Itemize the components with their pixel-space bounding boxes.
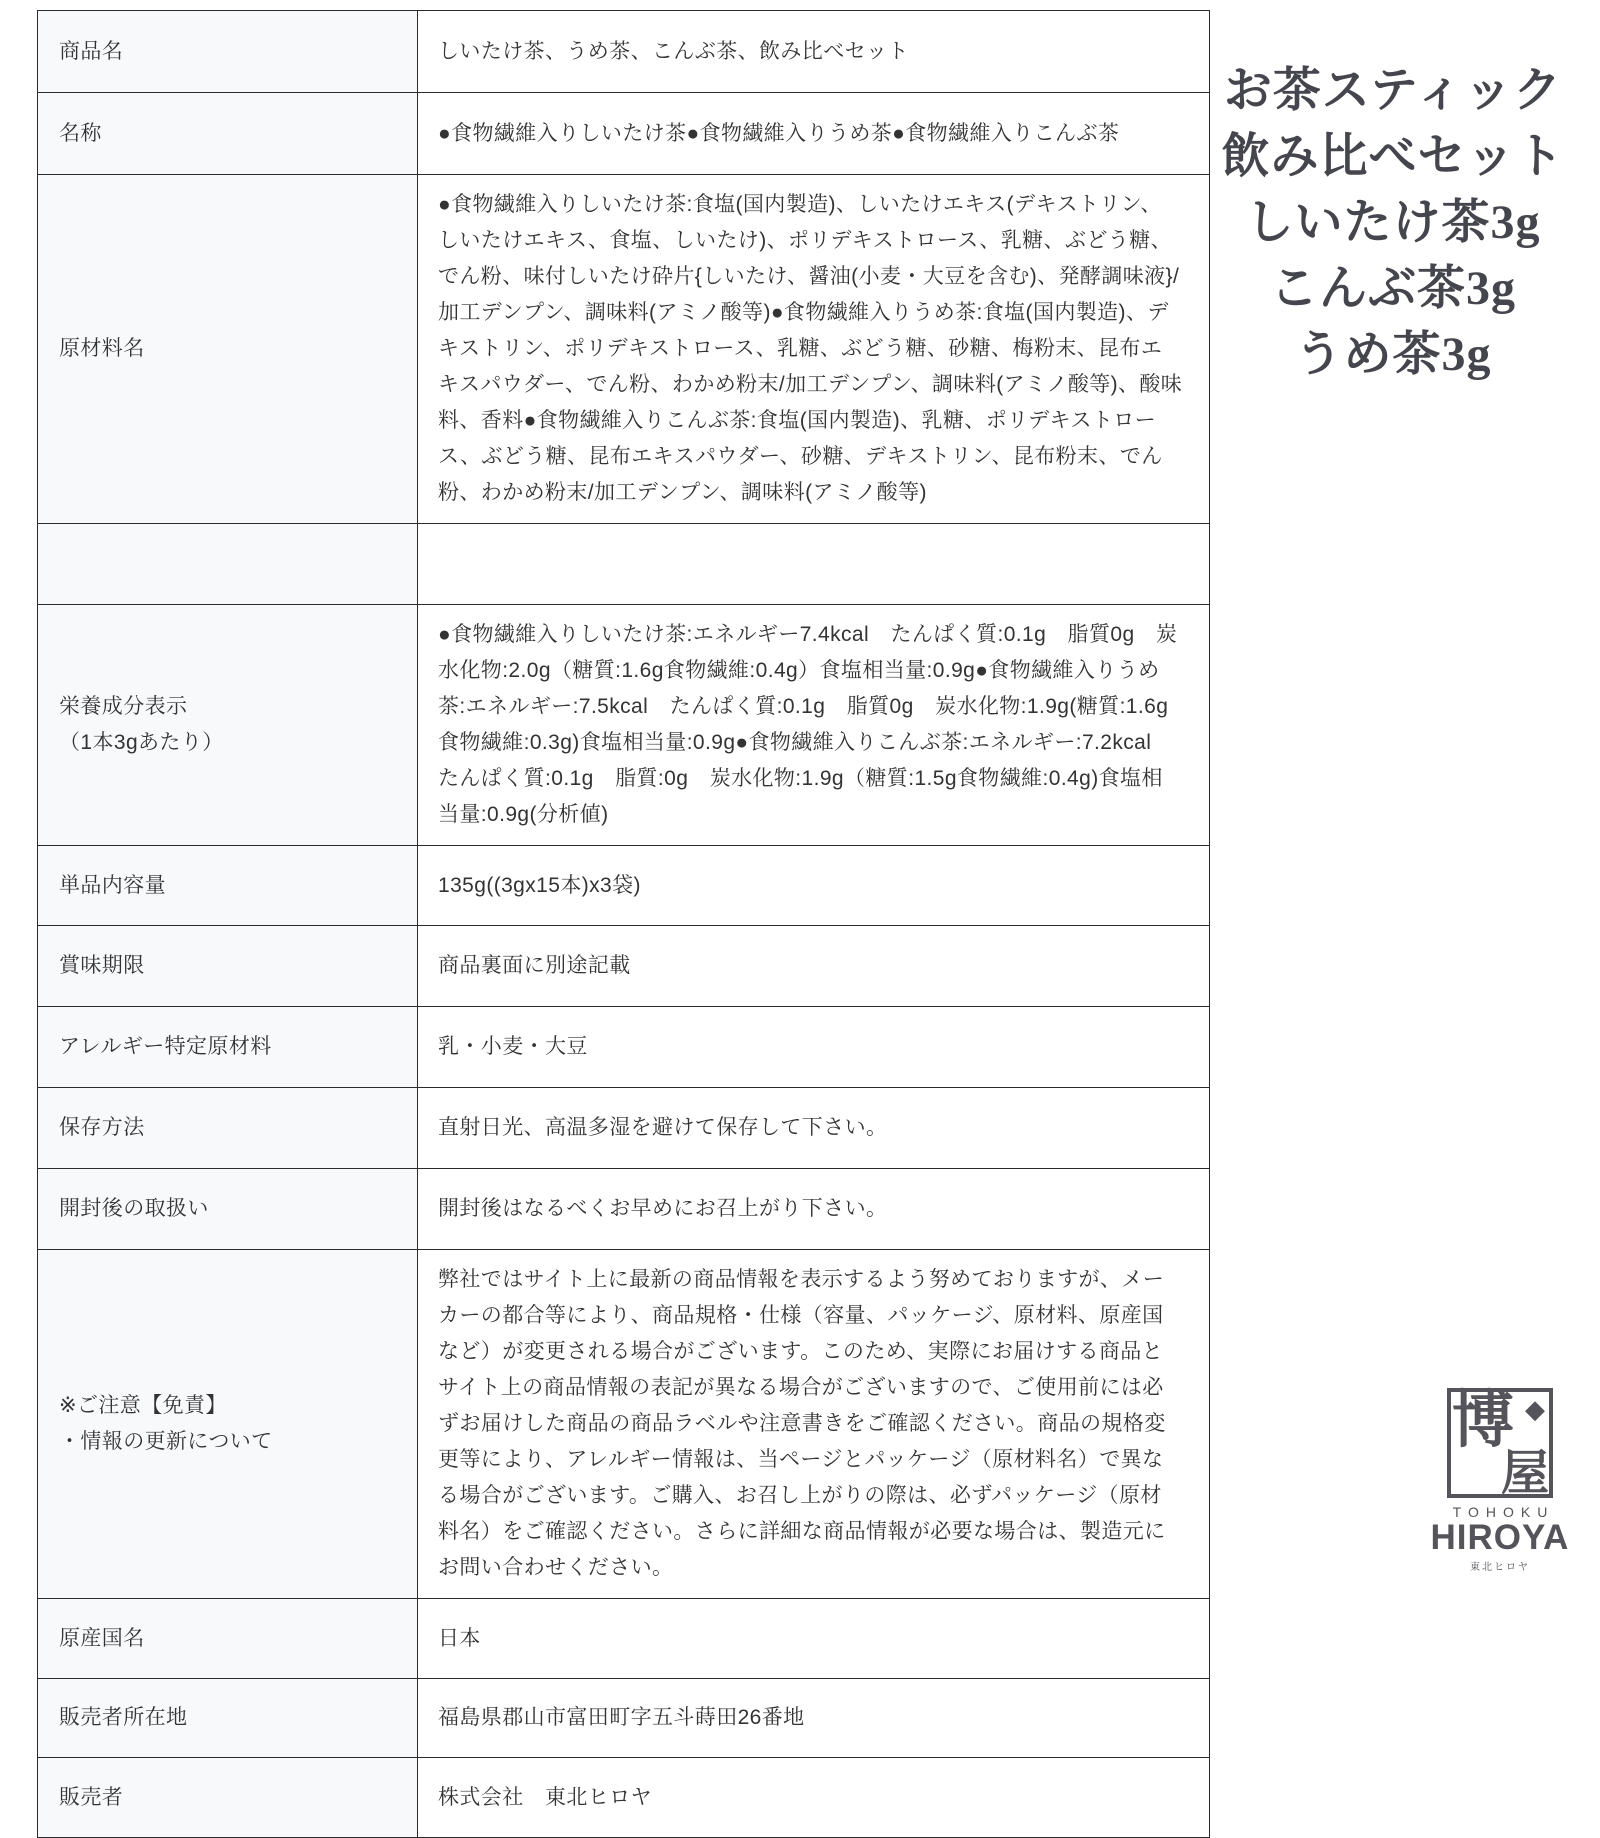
row-value: 135g((3gx15本)x3袋) (418, 846, 1210, 926)
row-label: ※ご注意【免責】 ・情報の更新について (38, 1250, 418, 1599)
row-label: 商品名 (38, 11, 418, 93)
row-label: 賞味期限 (38, 926, 418, 1007)
table-row: 単品内容量 135g((3gx15本)x3袋) (38, 846, 1210, 926)
table-row: 商品名 しいたけ茶、うめ茶、こんぶ茶、飲み比べセット (38, 11, 1210, 93)
hiroya-logo-mark-icon: 博 ◆ 屋 (1447, 1388, 1553, 1498)
row-label: 単品内容量 (38, 846, 418, 926)
product-spec-table: 商品名 しいたけ茶、うめ茶、こんぶ茶、飲み比べセット 名称 ●食物繊維入りしいた… (37, 10, 1210, 1600)
product-headline: お茶スティック 飲み比べセット しいたけ茶3g こんぶ茶3g うめ茶3g (1210, 58, 1576, 388)
row-label: 保存方法 (38, 1088, 418, 1169)
headline-line: しいたけ茶3g (1210, 190, 1576, 256)
row-value: 商品裏面に別途記載 (418, 926, 1210, 1007)
headline-line: 飲み比べセット (1210, 124, 1576, 190)
table-row: 賞味期限 商品裏面に別途記載 (38, 926, 1210, 1007)
logo-text-hiroya: HIROYA (1420, 1521, 1580, 1555)
row-label: 名称 (38, 93, 418, 175)
logo-text-kana: 東北ヒロヤ (1420, 1558, 1580, 1573)
row-value: ●食物繊維入りしいたけ茶:食塩(国内製造)、しいたけエキス(デキストリン、しいた… (418, 175, 1210, 524)
table-row: 名称 ●食物繊維入りしいたけ茶●食物繊維入りうめ茶●食物繊維入りこんぶ茶 (38, 93, 1210, 175)
row-value: 弊社ではサイト上に最新の商品情報を表示するよう努めておりますが、メーカーの都合等… (418, 1250, 1210, 1599)
headline-line: こんぶ茶3g (1210, 256, 1576, 322)
table-row: 保存方法 直射日光、高温多湿を避けて保存して下さい。 (38, 1088, 1210, 1169)
row-value: ●食物繊維入りしいたけ茶:エネルギー7.4kcal たんぱく質:0.1g 脂質0… (418, 605, 1210, 846)
logo-kanji-haku: 博 (1452, 1390, 1514, 1452)
table-row: アレルギー特定原材料 乳・小麦・大豆 (38, 1007, 1210, 1088)
hiroya-logo: 博 ◆ 屋 TOHOKU HIROYA 東北ヒロヤ (1420, 1388, 1580, 1573)
row-value: ●食物繊維入りしいたけ茶●食物繊維入りうめ茶●食物繊維入りこんぶ茶 (418, 93, 1210, 175)
row-label (38, 524, 418, 605)
table-row: 栄養成分表示 （1本3gあたり） ●食物繊維入りしいたけ茶:エネルギー7.4kc… (38, 605, 1210, 846)
table-row-empty (38, 524, 1210, 605)
row-value (418, 524, 1210, 605)
headline-line: うめ茶3g (1210, 322, 1576, 388)
headline-line: お茶スティック (1210, 58, 1576, 124)
row-label: 栄養成分表示 （1本3gあたり） (38, 605, 418, 846)
row-value: しいたけ茶、うめ茶、こんぶ茶、飲み比べセット (418, 11, 1210, 93)
row-label: 開封後の取扱い (38, 1169, 418, 1250)
table-row: 開封後の取扱い 開封後はなるべくお早めにお召上がり下さい。 (38, 1169, 1210, 1250)
row-value: 開封後はなるべくお早めにお召上がり下さい。 (418, 1169, 1210, 1250)
spec-table: 商品名 しいたけ茶、うめ茶、こんぶ茶、飲み比べセット 名称 ●食物繊維入りしいた… (37, 10, 1210, 1600)
table-row: 原材料名 ●食物繊維入りしいたけ茶:食塩(国内製造)、しいたけエキス(デキストリ… (38, 175, 1210, 524)
row-value: 乳・小麦・大豆 (418, 1007, 1210, 1088)
logo-kanji-ya: 屋 (1501, 1450, 1549, 1498)
row-value: 直射日光、高温多湿を避けて保存して下さい。 (418, 1088, 1210, 1169)
table-row: ※ご注意【免責】 ・情報の更新について 弊社ではサイト上に最新の商品情報を表示す… (38, 1250, 1210, 1599)
diamond-icon: ◆ (1525, 1396, 1545, 1422)
row-label: 原材料名 (38, 175, 418, 524)
row-label: アレルギー特定原材料 (38, 1007, 418, 1088)
